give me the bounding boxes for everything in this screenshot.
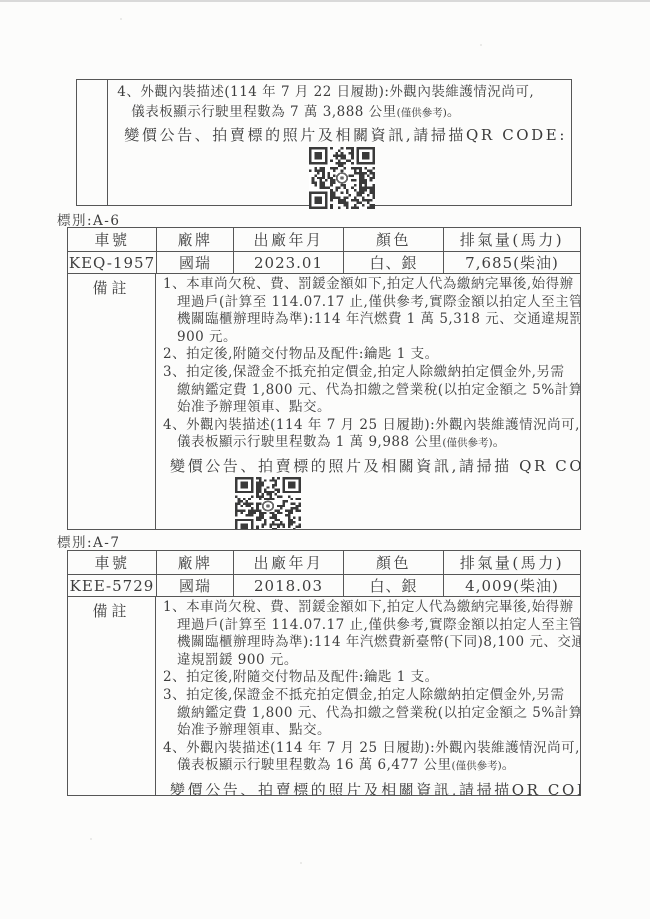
remark-line: 始准予辦理領車、點交。 (163, 722, 578, 740)
remark-line: 儀表板顯示行駛里程數為 16 萬 6,477 公里(僅供參考)。 (163, 757, 578, 776)
qr-code (309, 147, 375, 209)
remark-line: 繳納鑑定費 1,800 元、代為扣繳之營業稅(以拍定金額之 5%計算), (163, 382, 578, 400)
remark-line: 4、外觀內裝描述(114 年 7 月 22 日履勘):外觀內裝維護情況尚可, (117, 83, 567, 103)
cell-color: 白、銀 (344, 575, 444, 596)
remark-line: 900 元。 (163, 329, 578, 347)
cell-brand: 國瑞 (157, 575, 234, 596)
remark-line: 4、外觀內裝描述(114 年 7 月 25 日履勘):外觀內裝維護情況尚可, (163, 740, 578, 758)
remark-line: 機關臨櫃辦理時為準):114 年汽燃費 1 萬 5,318 元、交通違規罰鍰 (163, 311, 578, 329)
table-header-row: 車號 廠牌 出廠年月 顏色 排氣量(馬力) (68, 551, 580, 575)
remark-line: 始准予辦理領車、點交。 (163, 399, 578, 417)
lot-a7-table: 車號 廠牌 出廠年月 顏色 排氣量(馬力) KEE-5729 國瑞 2018.0… (67, 550, 581, 796)
qr-code-wrap (163, 477, 578, 529)
remark-line: 3、拍定後,保證金不抵充拍定價金,拍定人除繳納拍定價金外,另需 (163, 687, 578, 705)
remark-line: 儀表板顯示行駛里程數為 1 萬 9,988 公里(僅供參考)。 (163, 434, 578, 453)
cell-plate-number: KEQ-1957 (68, 252, 157, 273)
remarks-label: 備註 (68, 274, 156, 529)
remarks-row: 備註 1、本車尚欠稅、費、罰鍰金額如下,拍定人代為繳納完畢後,始得辦 理過戶(計… (68, 597, 580, 795)
header-cell-displacement: 排氣量(馬力) (444, 228, 580, 251)
cell-displacement: 4,009(柴油) (444, 575, 580, 596)
scanned-auction-document-page: 4、外觀內裝描述(114 年 7 月 22 日履勘):外觀內裝維護情況尚可, 儀… (0, 0, 650, 919)
remark-line: 理過戶(計算至 114.07.17 止,僅供參考,實際金額以拍定人至主管 (163, 294, 578, 312)
continuation-remarks-body: 4、外觀內裝描述(114 年 7 月 22 日履勘):外觀內裝維護情況尚可, 儀… (108, 80, 571, 205)
cell-manufacture-date: 2023.01 (234, 252, 344, 273)
remark-line: 3、拍定後,保證金不抵充拍定價金,拍定人除繳納拍定價金外,另需 (163, 364, 578, 382)
header-cell-color: 顏色 (344, 228, 444, 251)
remarks-body: 1、本車尚欠稅、費、罰鍰金額如下,拍定人代為繳納完畢後,始得辦 理過戶(計算至 … (156, 274, 580, 529)
cell-displacement: 7,685(柴油) (444, 252, 580, 273)
scan-top-edge (0, 0, 650, 2)
remark-line: 1、本車尚欠稅、費、罰鍰金額如下,拍定人代為繳納完畢後,始得辦 (163, 276, 578, 294)
header-cell-displacement: 排氣量(馬力) (444, 551, 580, 574)
remark-line: 4、外觀內裝描述(114 年 7 月 25 日履勘):外觀內裝維護情況尚可, (163, 417, 578, 435)
remark-line: 儀表板顯示行駛里程數為 7 萬 3,888 公里(僅供參考)。 (117, 103, 567, 123)
header-cell-plate-number: 車號 (68, 551, 157, 574)
header-cell-manufacture-date: 出廠年月 (234, 228, 344, 251)
remark-line: 機關臨櫃辦理時為準):114 年汽燃費新臺幣(下同)8,100 元、交通 (163, 634, 578, 652)
remarks-body: 1、本車尚欠稅、費、罰鍰金額如下,拍定人代為繳納完畢後,始得辦 理過戶(計算至 … (156, 597, 580, 795)
qr-code (235, 477, 301, 529)
header-cell-brand: 廠牌 (157, 551, 234, 574)
qr-code-wrap (117, 147, 567, 213)
remark-line: 1、本車尚欠稅、費、罰鍰金額如下,拍定人代為繳納完畢後,始得辦 (163, 599, 578, 617)
remark-line: 違規罰鍰 900 元。 (163, 652, 578, 670)
table-data-row: KEQ-1957 國瑞 2023.01 白、銀 7,685(柴油) (68, 252, 580, 274)
header-cell-color: 顏色 (344, 551, 444, 574)
qr-scan-notice: 變價公告、拍賣標的照片及相關資訊,請掃描QR CODE: (163, 780, 578, 795)
remark-line: 繳納鑑定費 1,800 元、代為扣繳之營業稅(以拍定金額之 5%計算), (163, 705, 578, 723)
continuation-remarks-table: 4、外觀內裝描述(114 年 7 月 22 日履勘):外觀內裝維護情況尚可, 儀… (76, 79, 572, 206)
remark-line: 理過戶(計算至 114.07.17 止,僅供參考,實際金額以拍定人至主管 (163, 617, 578, 635)
lot-label-a7: 標別:A-7 (57, 531, 120, 551)
header-cell-manufacture-date: 出廠年月 (234, 551, 344, 574)
remark-line: 2、拍定後,附隨交付物品及配件:鑰匙 1 支。 (163, 669, 578, 687)
remark-line: 2、拍定後,附隨交付物品及配件:鑰匙 1 支。 (163, 346, 578, 364)
remarks-label: 備註 (68, 597, 156, 795)
cell-color: 白、銀 (344, 252, 444, 273)
qr-scan-notice: 變價公告、拍賣標的照片及相關資訊,請掃描QR CODE: (117, 125, 567, 146)
lot-label-a6: 標別:A-6 (57, 209, 120, 229)
qr-scan-notice: 變價公告、拍賣標的照片及相關資訊,請掃描 QR CODE: (163, 456, 578, 477)
table-data-row: KEE-5729 國瑞 2018.03 白、銀 4,009(柴油) (68, 575, 580, 597)
cell-brand: 國瑞 (157, 252, 234, 273)
lot-a6-table: 車號 廠牌 出廠年月 顏色 排氣量(馬力) KEQ-1957 國瑞 2023.0… (67, 227, 581, 530)
table-header-row: 車號 廠牌 出廠年月 顏色 排氣量(馬力) (68, 228, 580, 252)
continuation-remarks-label-cell (77, 80, 108, 205)
header-cell-plate-number: 車號 (68, 228, 157, 251)
cell-manufacture-date: 2018.03 (234, 575, 344, 596)
remarks-row: 備註 1、本車尚欠稅、費、罰鍰金額如下,拍定人代為繳納完畢後,始得辦 理過戶(計… (68, 274, 580, 529)
header-cell-brand: 廠牌 (157, 228, 234, 251)
cell-plate-number: KEE-5729 (68, 575, 157, 596)
